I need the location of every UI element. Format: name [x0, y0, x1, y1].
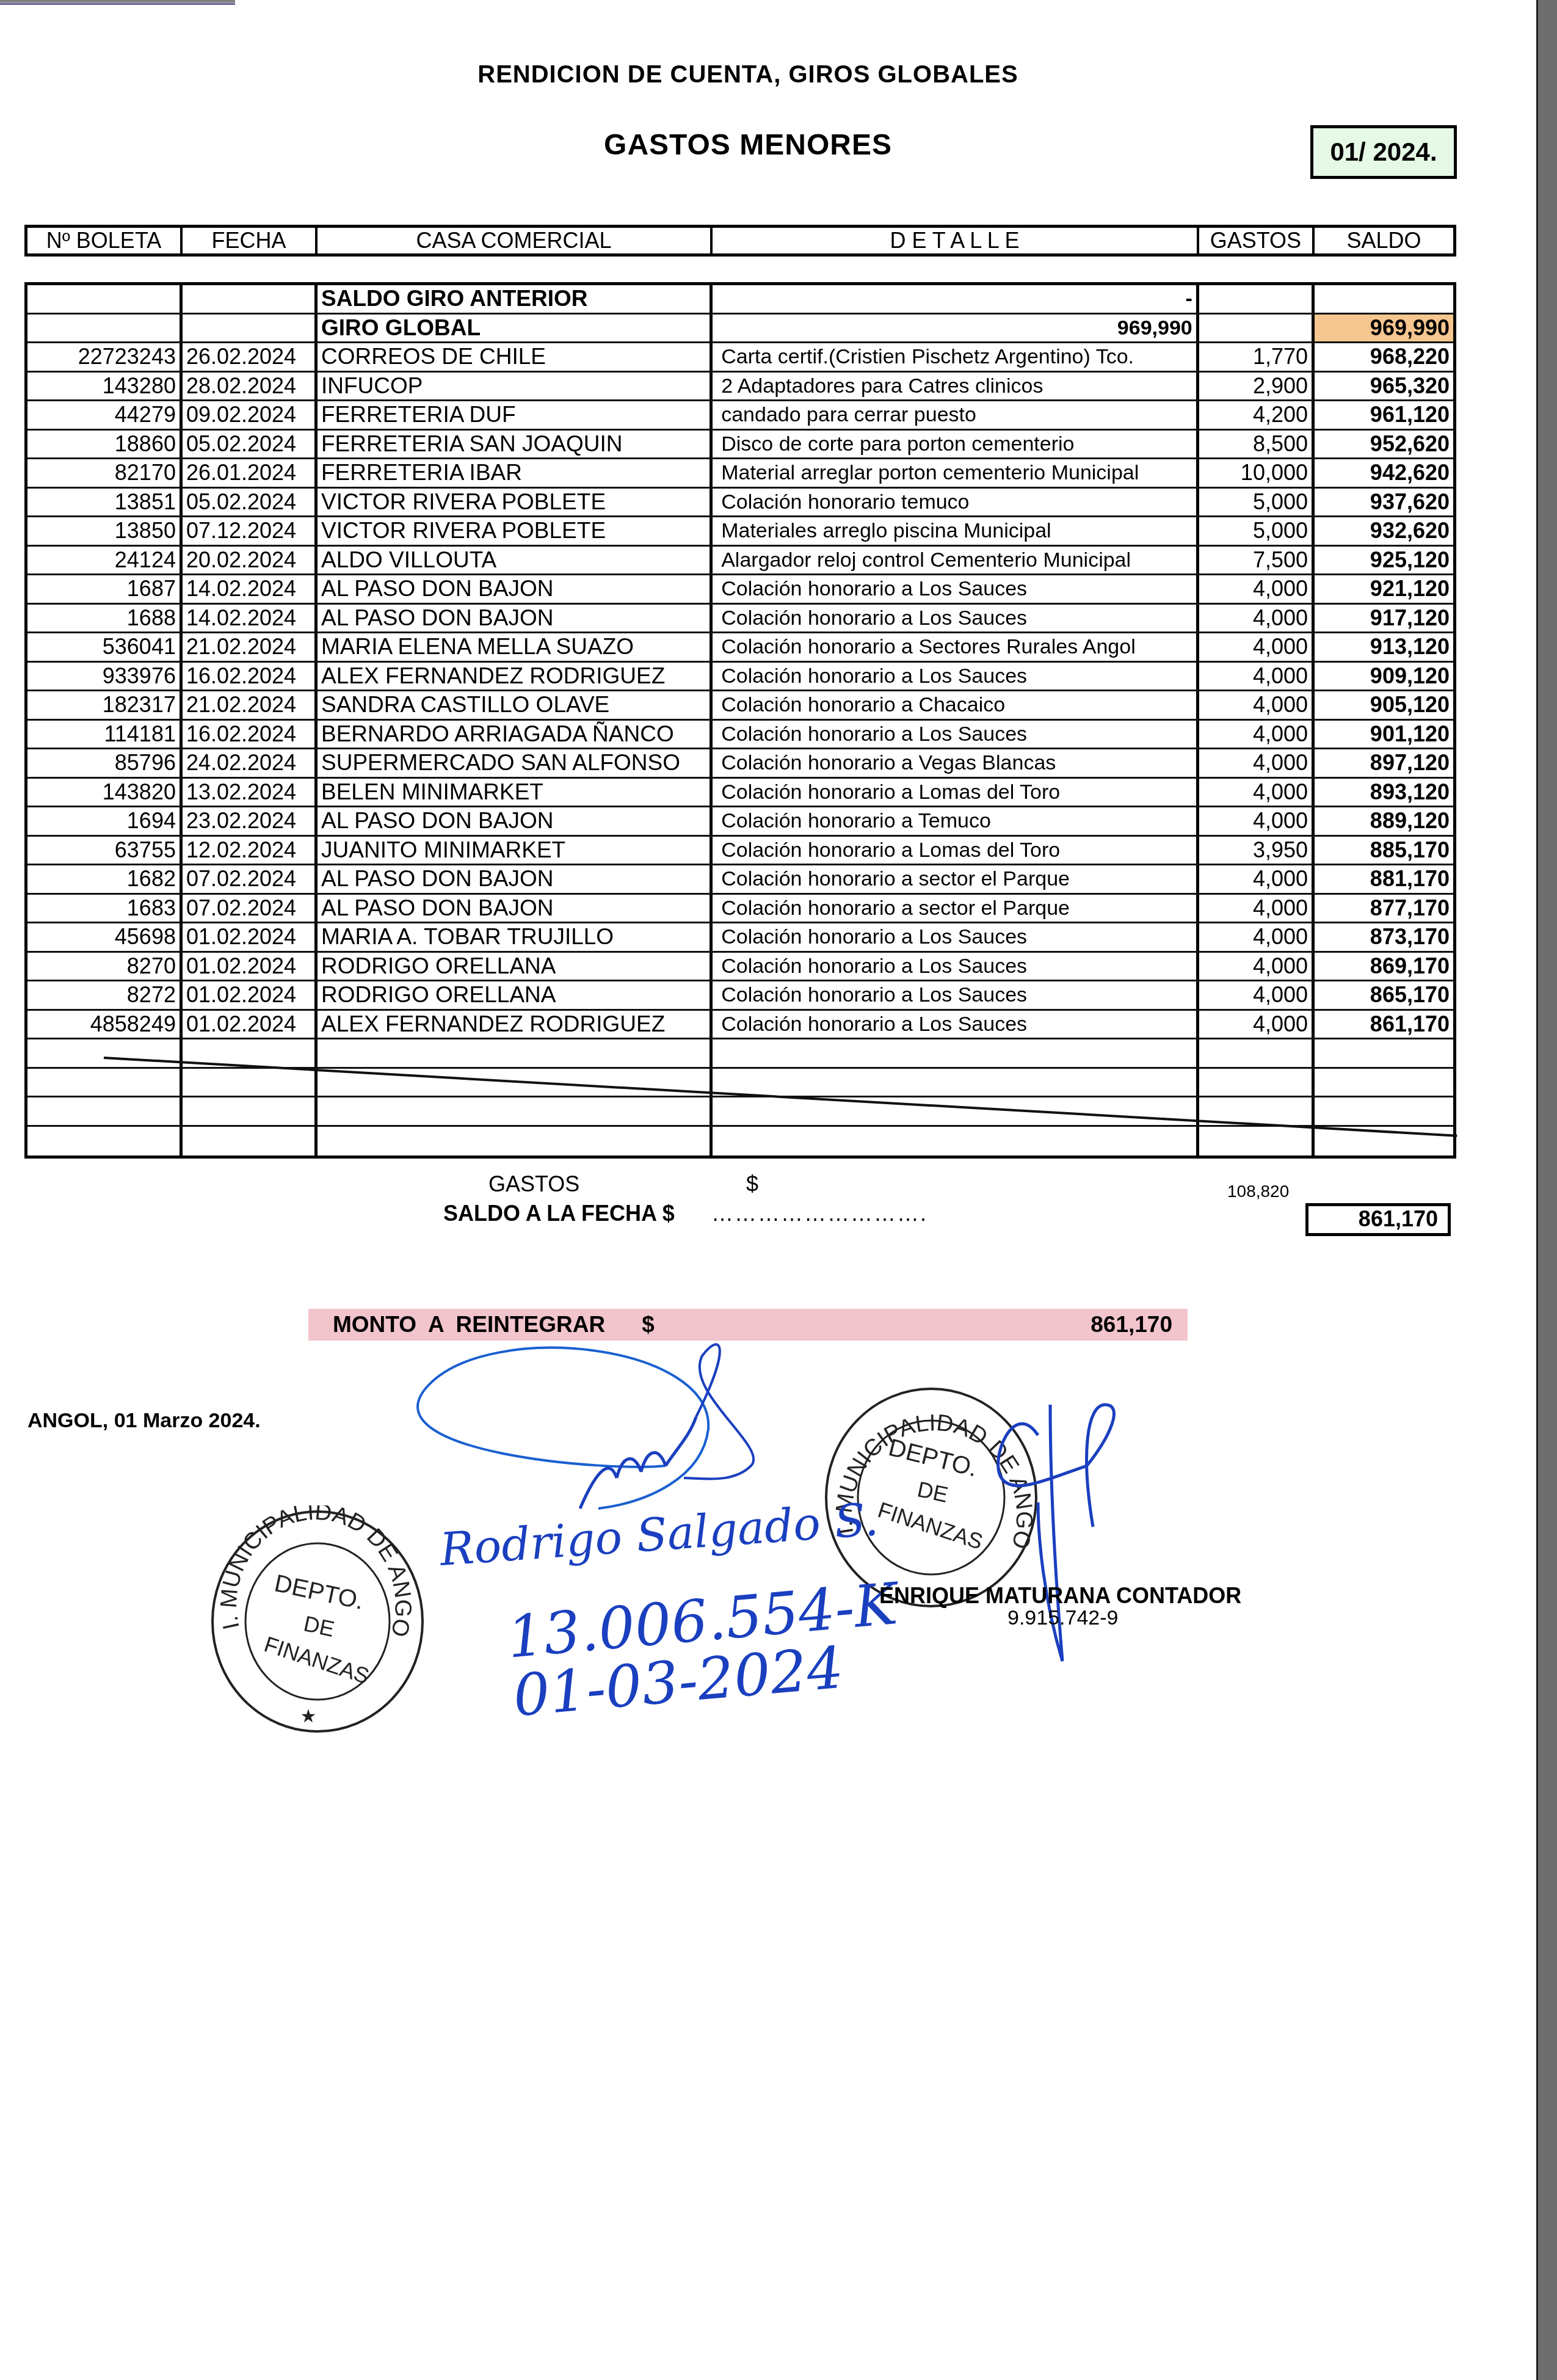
cell-detalle: Colación honorario a sector el Parque	[713, 895, 1199, 922]
table-row: 827001.02.2024RODRIGO ORELLANAColación h…	[27, 953, 1453, 982]
table-row: 168814.02.2024AL PASO DON BAJONColación …	[27, 605, 1453, 634]
cell-detalle: Colación honorario a Los Sauces	[713, 721, 1199, 748]
cell-gastos: 4,000	[1199, 663, 1315, 690]
cell-fecha	[183, 315, 318, 342]
cell-gastos: 2,900	[1199, 373, 1315, 400]
svg-text:DE: DE	[915, 1477, 950, 1508]
svg-text:FINANZAS: FINANZAS	[875, 1497, 986, 1554]
cell-saldo: 917,120	[1315, 605, 1453, 632]
table-row: 168307.02.2024AL PASO DON BAJONColación …	[27, 895, 1453, 924]
cell-boleta: 13850	[27, 517, 183, 545]
cell-fecha: 23.02.2024	[183, 807, 318, 835]
cell-detalle: Carta certif.(Cristien Pischetz Argentin…	[713, 343, 1199, 371]
svg-text:DE: DE	[302, 1611, 336, 1642]
cell-casa: FERRETERIA SAN JOAQUIN	[318, 431, 713, 458]
cell-detalle: Colación honorario a Los Sauces	[713, 953, 1199, 980]
cell-fecha: 05.02.2024	[183, 489, 318, 516]
cell-gastos	[1199, 1069, 1315, 1096]
svg-text:DEPTO.: DEPTO.	[272, 1570, 366, 1615]
cell-saldo: 965,320	[1315, 373, 1453, 400]
cell-casa: AL PASO DON BAJON	[318, 895, 713, 922]
cell-boleta	[27, 1039, 183, 1067]
cell-detalle: Colación honorario a Lomas del Toro	[713, 779, 1199, 806]
table-row: 53604121.02.2024MARIA ELENA MELLA SUAZOC…	[27, 633, 1453, 663]
cell-casa	[318, 1097, 713, 1125]
cell-saldo: 881,170	[1315, 865, 1453, 893]
cell-fecha	[183, 1069, 318, 1096]
cell-saldo	[1315, 285, 1453, 313]
cell-saldo: 865,170	[1315, 981, 1453, 1009]
cell-fecha: 07.02.2024	[183, 895, 318, 922]
cell-saldo: 901,120	[1315, 721, 1453, 748]
cell-detalle: Colación honorario a Los Sauces	[713, 923, 1199, 951]
cell-boleta	[27, 1069, 183, 1096]
cell-fecha: 14.02.2024	[183, 575, 318, 603]
cell-detalle: Colación honorario temuco	[713, 489, 1199, 516]
cell-detalle: Material arreglar porton cementerio Muni…	[713, 459, 1199, 487]
header-gastos: GASTOS	[1199, 228, 1315, 253]
cell-detalle: Disco de corte para porton cementerio	[713, 431, 1199, 458]
saldo-fecha-label: SALDO A LA FECHA $	[443, 1201, 675, 1226]
cell-gastos	[1199, 1039, 1315, 1067]
cell-fecha: 05.02.2024	[183, 431, 318, 458]
cell-detalle: 2 Adaptadores para Catres clinicos	[713, 373, 1199, 400]
cell-detalle	[713, 1069, 1199, 1096]
svg-text:FINANZAS: FINANZAS	[261, 1631, 372, 1689]
cell-boleta	[27, 1097, 183, 1125]
municipal-stamp-icon: I. MUNICIPALIDAD DE ANGOL DEPTO. DE FINA…	[208, 1505, 427, 1734]
cell-casa: RODRIGO ORELLANA	[318, 981, 713, 1009]
reintegrar-label: MONTO A REINTEGRAR	[333, 1312, 605, 1337]
table-row: 1385105.02.2024VICTOR RIVERA POBLETECola…	[27, 489, 1453, 518]
table-row: 14328028.02.2024INFUCOP2 Adaptadores par…	[27, 373, 1453, 402]
cell-gastos: 4,000	[1199, 633, 1315, 661]
cell-gastos: 1,770	[1199, 343, 1315, 371]
cell-fecha: 26.02.2024	[183, 343, 318, 371]
cell-gastos	[1199, 1127, 1315, 1156]
cell-boleta: 18860	[27, 431, 183, 458]
table-row: 168207.02.2024AL PASO DON BAJONColación …	[27, 865, 1453, 895]
cell-fecha: 16.02.2024	[183, 663, 318, 690]
cell-gastos: 4,000	[1199, 691, 1315, 719]
cell-boleta	[27, 315, 183, 342]
header-detalle: D E T A L L E	[713, 228, 1199, 253]
cell-fecha: 14.02.2024	[183, 605, 318, 632]
cell-saldo	[1315, 1069, 1453, 1096]
cell-casa: RODRIGO ORELLANA	[318, 953, 713, 980]
cell-detalle: -	[713, 285, 1199, 313]
cell-detalle: Alargador reloj control Cementerio Munic…	[713, 547, 1199, 574]
cell-saldo: 897,120	[1315, 749, 1453, 777]
cell-gastos: 4,000	[1199, 721, 1315, 748]
cell-saldo: 913,120	[1315, 633, 1453, 661]
header-casa-comercial: CASA COMERCIAL	[318, 228, 713, 253]
opening-row: GIRO GLOBAL969,990969,990	[27, 315, 1453, 344]
cell-casa: JUANITO MINIMARKET	[318, 837, 713, 864]
cell-detalle: Colación honorario a Los Sauces	[713, 1011, 1199, 1038]
cell-boleta: 1687	[27, 575, 183, 603]
cell-casa: BELEN MINIMARKET	[318, 779, 713, 806]
scan-edge-top	[0, 0, 235, 5]
total-gastos-currency: $	[746, 1171, 758, 1197]
cell-gastos: 4,000	[1199, 807, 1315, 835]
table-row: 1886005.02.2024FERRETERIA SAN JOAQUINDis…	[27, 431, 1453, 460]
cell-fecha	[183, 1097, 318, 1125]
cell-boleta: 4858249	[27, 1011, 183, 1038]
cell-boleta: 536041	[27, 633, 183, 661]
cell-casa	[318, 1039, 713, 1067]
cell-casa: AL PASO DON BAJON	[318, 865, 713, 893]
cell-saldo: 932,620	[1315, 517, 1453, 545]
table-row: 169423.02.2024AL PASO DON BAJONColación …	[27, 807, 1453, 837]
cell-gastos: 4,200	[1199, 401, 1315, 429]
cell-boleta: 63755	[27, 837, 183, 864]
cell-gastos: 4,000	[1199, 895, 1315, 922]
cell-fecha	[183, 1127, 318, 1156]
cell-fecha: 21.02.2024	[183, 691, 318, 719]
cell-gastos: 4,000	[1199, 865, 1315, 893]
document-title: RENDICION DE CUENTA, GIROS GLOBALES	[0, 61, 1496, 89]
cell-gastos	[1199, 315, 1315, 342]
cell-gastos: 8,500	[1199, 431, 1315, 458]
total-gastos-value: 108,820	[1227, 1182, 1289, 1201]
scan-edge-right	[1536, 0, 1557, 2380]
cell-gastos: 4,000	[1199, 923, 1315, 951]
cell-fecha: 12.02.2024	[183, 837, 318, 864]
cell-fecha: 09.02.2024	[183, 401, 318, 429]
cell-fecha	[183, 285, 318, 313]
opening-row: SALDO GIRO ANTERIOR-	[27, 285, 1453, 315]
signer-name: ENRIQUE MATURANA CONTADOR	[879, 1583, 1241, 1609]
signer-id: 9.915.742-9	[1007, 1606, 1119, 1630]
table-row: 8217026.01.2024FERRETERIA IBARMaterial a…	[27, 459, 1453, 489]
cell-fecha: 21.02.2024	[183, 633, 318, 661]
cell-boleta	[27, 1127, 183, 1156]
cell-boleta: 143280	[27, 373, 183, 400]
cell-saldo: 877,170	[1315, 895, 1453, 922]
total-gastos-label: GASTOS	[488, 1171, 579, 1197]
cell-detalle: Materiales arreglo piscina Municipal	[713, 517, 1199, 545]
table-row: 18231721.02.2024SANDRA CASTILLO OLAVECol…	[27, 691, 1453, 721]
svg-text:★: ★	[300, 1706, 317, 1727]
table-row: 14382013.02.2024BELEN MINIMARKETColación…	[27, 779, 1453, 808]
cell-boleta: 1688	[27, 605, 183, 632]
table-row: 2272324326.02.2024CORREOS DE CHILECarta …	[27, 343, 1453, 373]
table-row: 168714.02.2024AL PASO DON BAJONColación …	[27, 575, 1453, 605]
saldo-fecha-dots: ……………………….	[711, 1201, 927, 1226]
cell-casa: MARIA ELENA MELLA SUAZO	[318, 633, 713, 661]
cell-detalle: Colación honorario a Vegas Blancas	[713, 749, 1199, 777]
cell-saldo: 942,620	[1315, 459, 1453, 487]
cell-casa: FERRETERIA IBAR	[318, 459, 713, 487]
cell-boleta: 114181	[27, 721, 183, 748]
cell-boleta: 8272	[27, 981, 183, 1009]
cell-casa: ALDO VILLOUTA	[318, 547, 713, 574]
cell-saldo	[1315, 1039, 1453, 1067]
cell-boleta: 1682	[27, 865, 183, 893]
table-row: 11418116.02.2024BERNARDO ARRIAGADA ÑANCO…	[27, 721, 1453, 750]
cell-casa: BERNARDO ARRIAGADA ÑANCO	[318, 721, 713, 748]
cell-detalle: Colación honorario a Sectores Rurales An…	[713, 633, 1199, 661]
cell-casa: AL PASO DON BAJON	[318, 807, 713, 835]
cell-detalle: Colación honorario a Temuco	[713, 807, 1199, 835]
cell-saldo: 893,120	[1315, 779, 1453, 806]
cell-casa: SUPERMERCADO SAN ALFONSO	[318, 749, 713, 777]
cell-gastos	[1199, 285, 1315, 313]
cell-fecha: 01.02.2024	[183, 953, 318, 980]
cell-saldo: 969,990	[1315, 315, 1453, 342]
header-saldo: SALDO	[1315, 228, 1453, 253]
cell-boleta: 22723243	[27, 343, 183, 371]
cell-boleta: 13851	[27, 489, 183, 516]
cell-fecha: 01.02.2024	[183, 981, 318, 1009]
handwritten-signer-name: Rodrigo Salgado S.	[438, 1493, 880, 1576]
cell-saldo: 869,170	[1315, 953, 1453, 980]
cell-saldo: 961,120	[1315, 401, 1453, 429]
cell-detalle: candado para cerrar puesto	[713, 401, 1199, 429]
cell-saldo: 905,120	[1315, 691, 1453, 719]
table-row: 93397616.02.2024ALEX FERNANDEZ RODRIGUEZ…	[27, 663, 1453, 692]
cell-boleta: 8270	[27, 953, 183, 980]
table-row	[27, 1127, 1453, 1156]
cell-boleta	[27, 285, 183, 313]
cell-casa: GIRO GLOBAL	[318, 315, 713, 342]
cell-saldo: 937,620	[1315, 489, 1453, 516]
cell-fecha: 24.02.2024	[183, 749, 318, 777]
period-badge: 01/ 2024.	[1310, 125, 1457, 179]
cell-detalle: Colación honorario a Lomas del Toro	[713, 837, 1199, 864]
table-row: 4427909.02.2024FERRETERIA DUFcandado par…	[27, 401, 1453, 431]
header-boleta: Nº BOLETA	[27, 228, 183, 253]
document-subtitle: GASTOS MENORES	[0, 128, 1496, 162]
cell-fecha: 16.02.2024	[183, 721, 318, 748]
cell-detalle: 969,990	[713, 315, 1199, 342]
cell-casa: CORREOS DE CHILE	[318, 343, 713, 371]
cell-gastos: 7,500	[1199, 547, 1315, 574]
cell-gastos: 3,950	[1199, 837, 1315, 864]
cell-casa: ALEX FERNANDEZ RODRIGUEZ	[318, 1011, 713, 1038]
place-date: ANGOL, 01 Marzo 2024.	[27, 1409, 261, 1433]
reintegrar-currency: $	[642, 1312, 655, 1337]
cell-casa: FERRETERIA DUF	[318, 401, 713, 429]
cell-saldo: 889,120	[1315, 807, 1453, 835]
cell-detalle: Colación honorario a Los Sauces	[713, 981, 1199, 1009]
cell-fecha: 01.02.2024	[183, 1011, 318, 1038]
cell-saldo: 925,120	[1315, 547, 1453, 574]
cell-saldo: 861,170	[1315, 1011, 1453, 1038]
table-row: 1385007.12.2024VICTOR RIVERA POBLETEMate…	[27, 517, 1453, 547]
table-row: 2412420.02.2024ALDO VILLOUTAAlargador re…	[27, 547, 1453, 576]
cell-saldo: 952,620	[1315, 431, 1453, 458]
cell-gastos: 4,000	[1199, 953, 1315, 980]
header-fecha: FECHA	[183, 228, 318, 253]
cell-saldo: 873,170	[1315, 923, 1453, 951]
saldo-fecha-value: 861,170	[1305, 1203, 1451, 1236]
table-row: 4569801.02.2024MARIA A. TOBAR TRUJILLOCo…	[27, 923, 1453, 953]
cell-saldo: 909,120	[1315, 663, 1453, 690]
cell-detalle	[713, 1039, 1199, 1067]
cell-casa: INFUCOP	[318, 373, 713, 400]
cell-fecha: 13.02.2024	[183, 779, 318, 806]
cell-saldo: 885,170	[1315, 837, 1453, 864]
cell-fecha: 07.02.2024	[183, 865, 318, 893]
cell-boleta: 933976	[27, 663, 183, 690]
cell-casa: AL PASO DON BAJON	[318, 575, 713, 603]
cell-fecha: 20.02.2024	[183, 547, 318, 574]
cell-fecha: 07.12.2024	[183, 517, 318, 545]
table-header: Nº BOLETA FECHA CASA COMERCIAL D E T A L…	[24, 225, 1456, 257]
cell-boleta: 45698	[27, 923, 183, 951]
cell-casa	[318, 1127, 713, 1156]
cell-detalle: Colación honorario a Los Sauces	[713, 663, 1199, 690]
cell-gastos: 4,000	[1199, 575, 1315, 603]
monto-reintegrar-bar: MONTO A REINTEGRAR $ 861,170	[308, 1309, 1188, 1341]
cell-detalle: Colación honorario a Los Sauces	[713, 575, 1199, 603]
cell-gastos: 4,000	[1199, 1011, 1315, 1038]
cell-detalle	[713, 1127, 1199, 1156]
cell-gastos: 4,000	[1199, 605, 1315, 632]
cell-gastos: 10,000	[1199, 459, 1315, 487]
cell-boleta: 182317	[27, 691, 183, 719]
cell-boleta: 1694	[27, 807, 183, 835]
cell-boleta: 44279	[27, 401, 183, 429]
cell-casa: VICTOR RIVERA POBLETE	[318, 517, 713, 545]
cell-detalle: Colación honorario a Los Sauces	[713, 605, 1199, 632]
expense-table: SALDO GIRO ANTERIOR-GIRO GLOBAL969,99096…	[24, 282, 1456, 1159]
cell-boleta: 24124	[27, 547, 183, 574]
cell-detalle: Colación honorario a sector el Parque	[713, 865, 1199, 893]
cell-boleta: 82170	[27, 459, 183, 487]
cell-saldo	[1315, 1097, 1453, 1125]
table-row: 6375512.02.2024JUANITO MINIMARKETColació…	[27, 837, 1453, 866]
cell-casa: ALEX FERNANDEZ RODRIGUEZ	[318, 663, 713, 690]
cell-boleta: 85796	[27, 749, 183, 777]
cell-detalle: Colación honorario a Chacaico	[713, 691, 1199, 719]
cell-gastos: 4,000	[1199, 749, 1315, 777]
cell-saldo: 921,120	[1315, 575, 1453, 603]
cell-gastos: 5,000	[1199, 517, 1315, 545]
table-row: 485824901.02.2024ALEX FERNANDEZ RODRIGUE…	[27, 1011, 1453, 1040]
reintegrar-value: 861,170	[1091, 1312, 1172, 1337]
cell-boleta: 143820	[27, 779, 183, 806]
cell-casa: AL PASO DON BAJON	[318, 605, 713, 632]
cell-fecha: 28.02.2024	[183, 373, 318, 400]
cell-boleta: 1683	[27, 895, 183, 922]
cell-gastos: 5,000	[1199, 489, 1315, 516]
cell-gastos: 4,000	[1199, 779, 1315, 806]
cell-casa: VICTOR RIVERA POBLETE	[318, 489, 713, 516]
table-row: 8579624.02.2024SUPERMERCADO SAN ALFONSOC…	[27, 749, 1453, 779]
cell-gastos: 4,000	[1199, 981, 1315, 1009]
cell-fecha: 26.01.2024	[183, 459, 318, 487]
cell-casa: MARIA A. TOBAR TRUJILLO	[318, 923, 713, 951]
cell-casa: SANDRA CASTILLO OLAVE	[318, 691, 713, 719]
cell-detalle	[713, 1097, 1199, 1125]
table-row: 827201.02.2024RODRIGO ORELLANAColación h…	[27, 981, 1453, 1011]
cell-saldo: 968,220	[1315, 343, 1453, 371]
cell-casa: SALDO GIRO ANTERIOR	[318, 285, 713, 313]
cell-fecha: 01.02.2024	[183, 923, 318, 951]
